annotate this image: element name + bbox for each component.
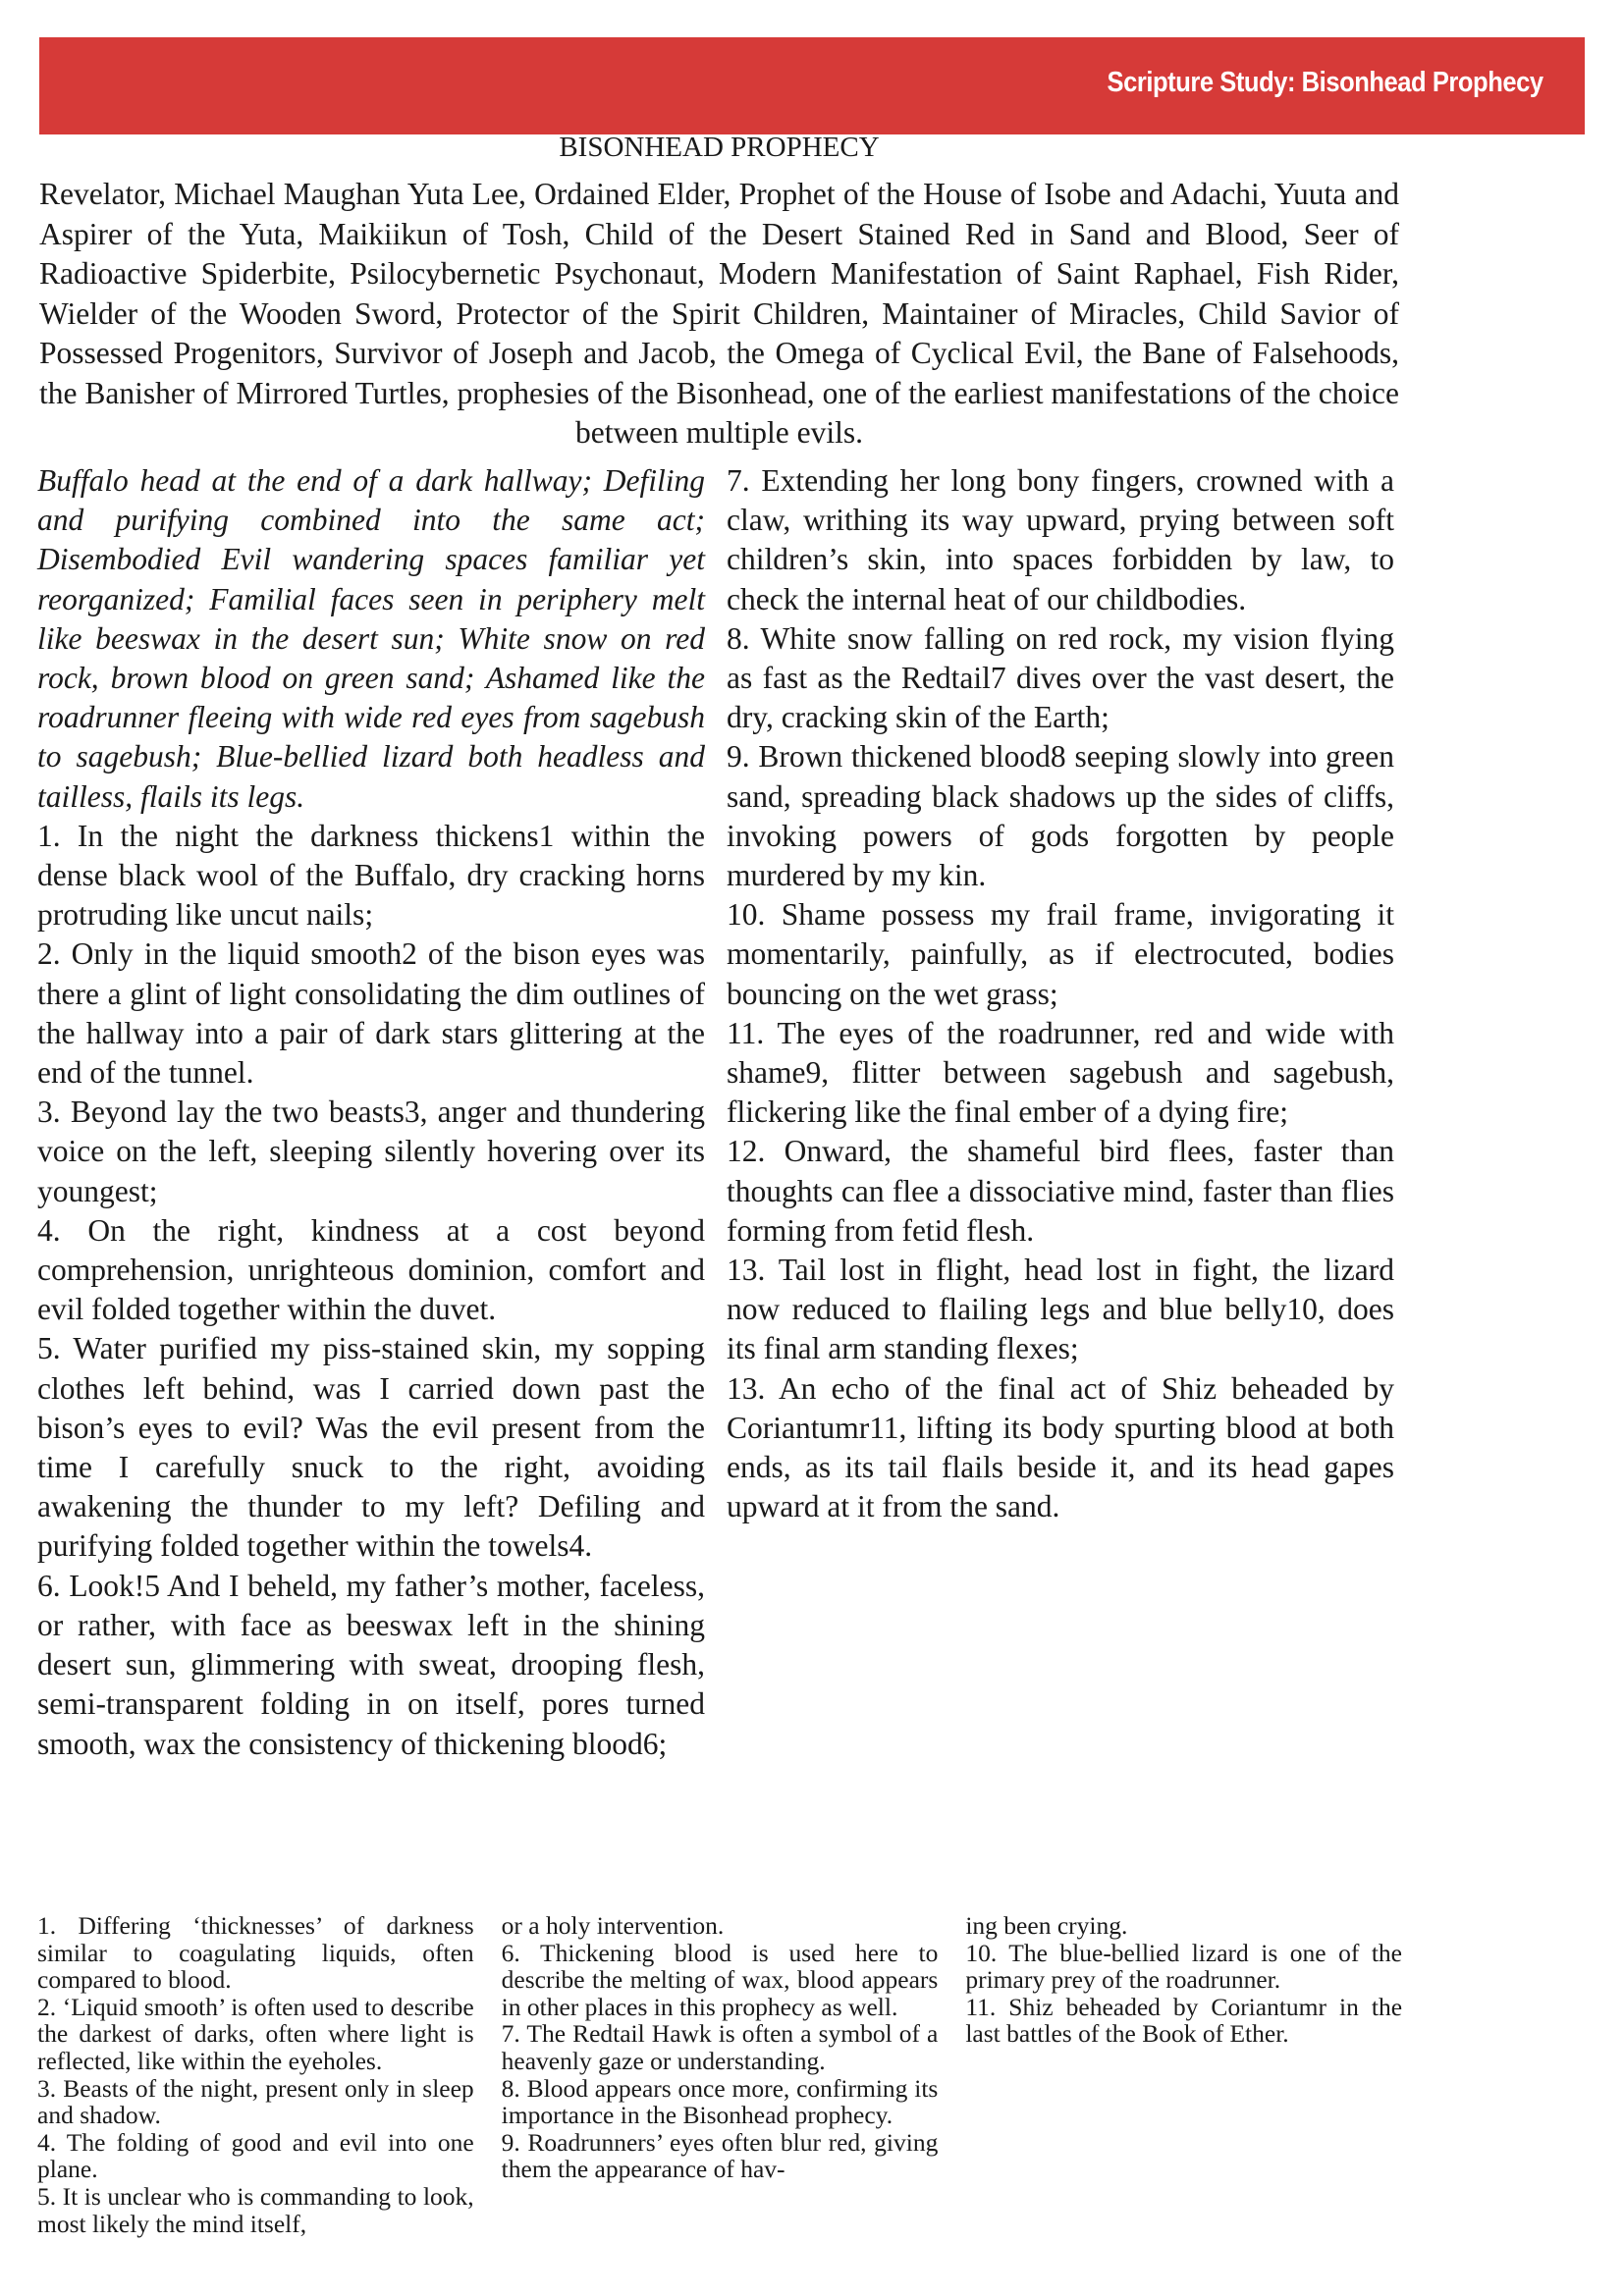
document-title: BISONHEAD PROPHECY — [0, 132, 1438, 164]
footnote: 4. The folding of good and evil into one… — [37, 2129, 474, 2183]
verse-6: 6. Look!5 And I beheld, my father’s moth… — [37, 1567, 705, 1764]
footnote: 1. Differing ‘thicknesses’ of darkness s… — [37, 1912, 474, 1994]
footnote: 8. Blood appears once more, confirming i… — [502, 2075, 939, 2129]
verse-3: 3. Beyond lay the two beasts3, anger and… — [37, 1093, 705, 1211]
footnote: 5. It is unclear who is commanding to lo… — [37, 2183, 474, 2237]
footnote: 9. Roadrunners’ eyes often blur red, giv… — [502, 2129, 939, 2183]
left-column: Buffalo head at the end of a dark hallwa… — [37, 461, 705, 1764]
epigraph: Buffalo head at the end of a dark hallwa… — [37, 461, 705, 817]
footnotes-column-3: ing been crying. 10. The blue-bellied li… — [965, 1912, 1402, 2237]
footnote: 7. The Redtail Hawk is often a symbol of… — [502, 2020, 939, 2074]
verse-11: 11. The eyes of the roadrunner, red and … — [727, 1014, 1394, 1133]
header-banner: Scripture Study: Bisonhead Prophecy — [39, 37, 1585, 134]
verse-12: 12. Onward, the shameful bird flees, fas… — [727, 1132, 1394, 1251]
verse-1: 1. In the night the darkness thickens1 w… — [37, 817, 705, 935]
intro-paragraph: Revelator, Michael Maughan Yuta Lee, Ord… — [39, 175, 1399, 454]
verse-13b: 13. An echo of the final act of Shiz beh… — [727, 1369, 1394, 1527]
verse-10: 10. Shame possess my frail frame, invigo… — [727, 895, 1394, 1014]
footnote: 10. The blue-bellied lizard is one of th… — [965, 1940, 1402, 1994]
verse-13a: 13. Tail lost in flight, head lost in fi… — [727, 1251, 1394, 1369]
verse-9: 9. Brown thickened blood8 seeping slowly… — [727, 737, 1394, 895]
footnote: 11. Shiz beheaded by Coriantumr in the l… — [965, 1994, 1402, 2048]
verse-5: 5. Water purified my piss-stained skin, … — [37, 1329, 705, 1566]
footnote: 3. Beasts of the night, present only in … — [37, 2075, 474, 2129]
footnote: 2. ‘Liquid smooth’ is often used to desc… — [37, 1994, 474, 2075]
footnotes: 1. Differing ‘thicknesses’ of darkness s… — [37, 1912, 1402, 2237]
verse-8: 8. White snow falling on red rock, my vi… — [727, 619, 1394, 738]
footnote: or a holy intervention. — [502, 1912, 939, 1940]
verse-4: 4. On the right, kindness at a cost beyo… — [37, 1211, 705, 1330]
verse-7: 7. Extending her long bony fingers, crow… — [727, 461, 1394, 619]
running-header-title: Scripture Study: Bisonhead Prophecy — [1108, 67, 1543, 99]
footnote: ing been crying. — [965, 1912, 1402, 1940]
right-column: 7. Extending her long bony fingers, crow… — [727, 461, 1394, 1526]
footnote: 6. Thickening blood is used here to desc… — [502, 1940, 939, 2021]
footnotes-column-2: or a holy intervention. 6. Thickening bl… — [502, 1912, 939, 2237]
verse-2: 2. Only in the liquid smooth2 of the bis… — [37, 934, 705, 1093]
footnotes-column-1: 1. Differing ‘thicknesses’ of darkness s… — [37, 1912, 474, 2237]
